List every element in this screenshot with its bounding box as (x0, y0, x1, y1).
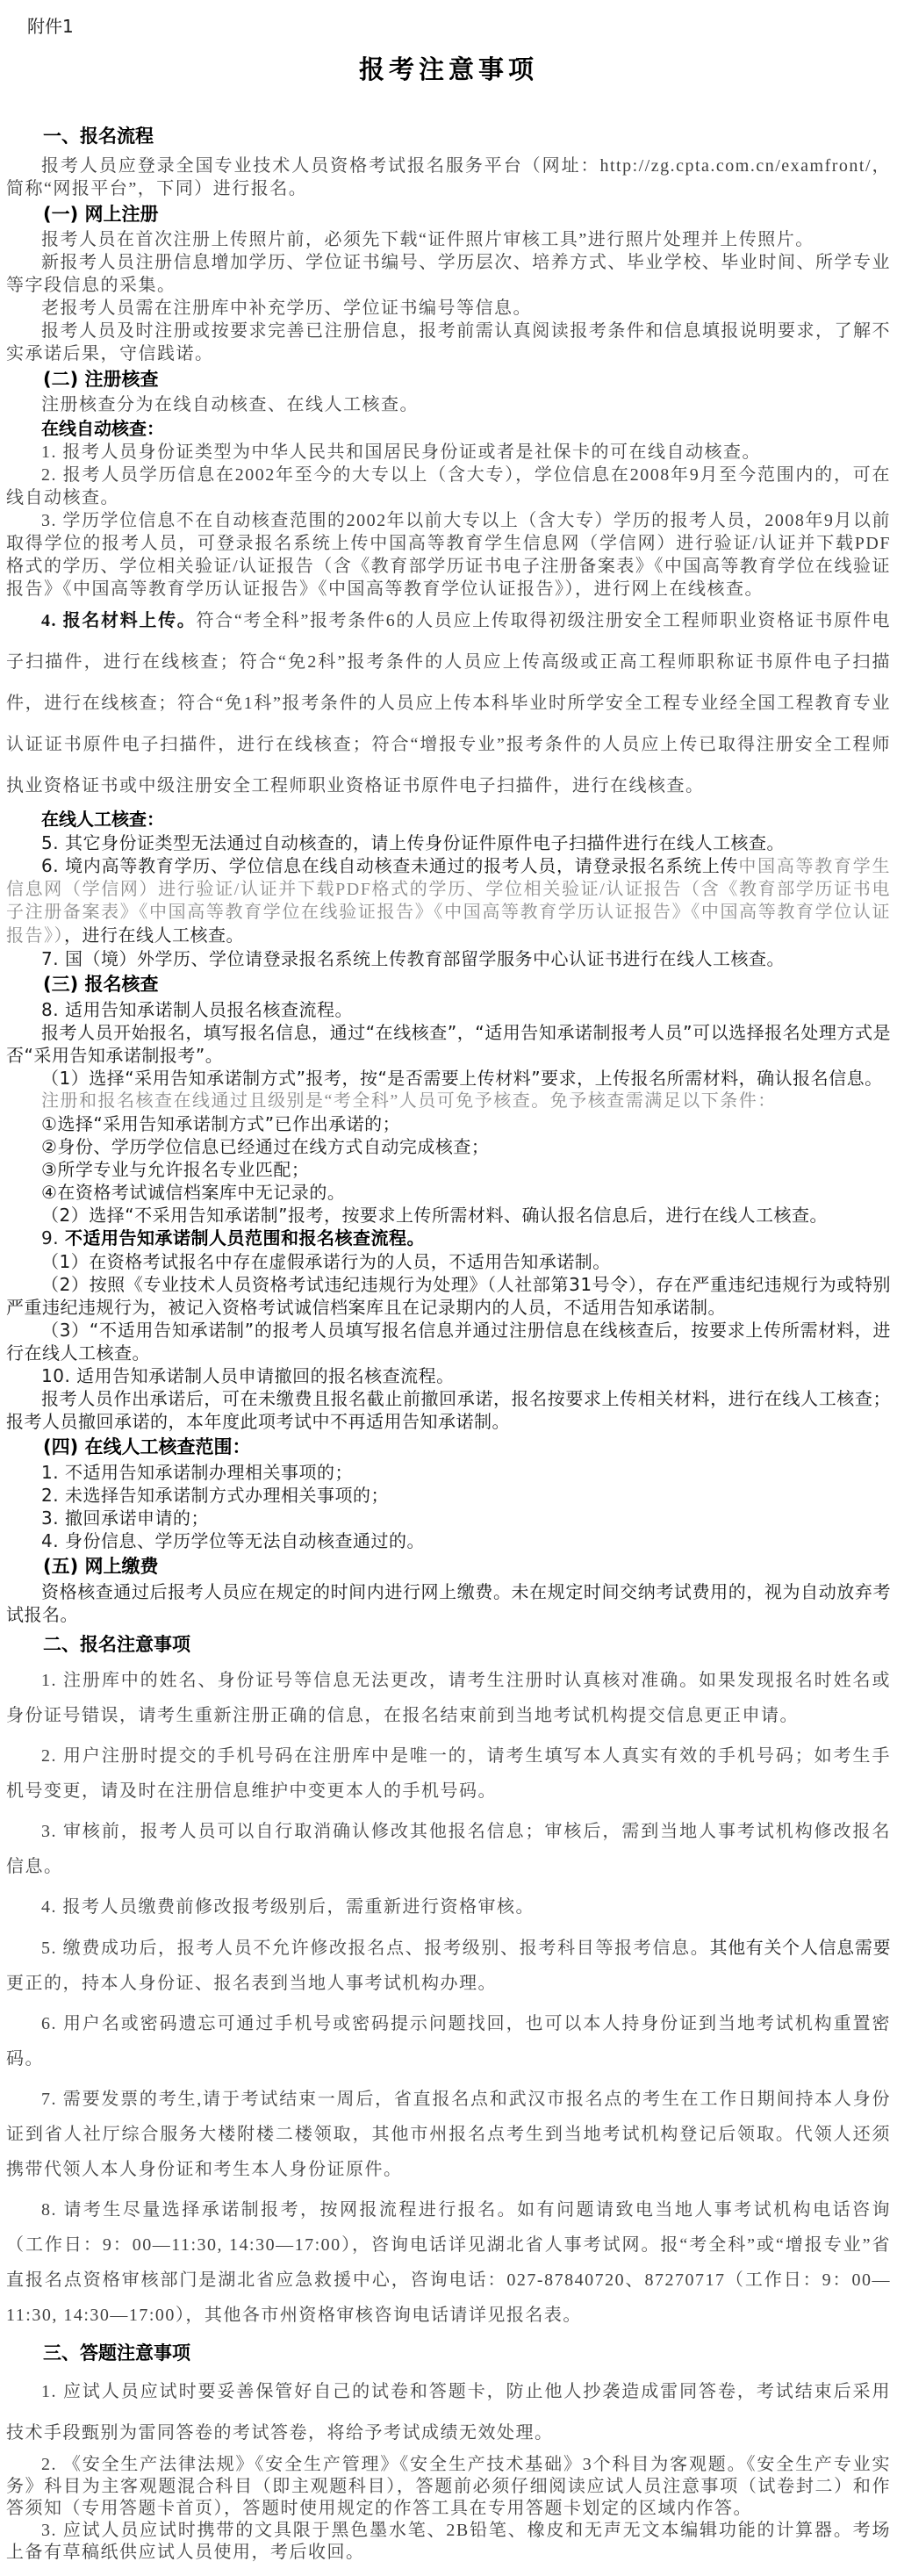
text-run: 2. 未选择告知承诺制方式办理相关事项的； (41, 1485, 389, 1506)
text-run: 5. 缴费成功后，报考人员不允许修改报名点、报考级别、报考科目等报考信息。 (41, 1939, 709, 1958)
list-item: 4. 报名材料上传。符合“考全科”报考条件6的人员应上传取得初级注册安全工程师职… (6, 601, 891, 807)
text-run: （1）在资格考试报名中存在虚假承诺行为的人员，不适用告知承诺制。 (41, 1251, 611, 1272)
text-run: 其他有关个人信息需要 (709, 1937, 891, 1958)
text-run: （2）选择“不采用告知承诺制”报考，按要求上传所需材料、确认报名信息后，进行在线… (41, 1205, 828, 1226)
list-item: ②身份、学历学位信息已经通过在线方式自动完成核查； (6, 1135, 891, 1158)
paragraph: 报考人员在首次注册上传照片前，必须先下载“证件照片审核工具”进行照片处理并上传照… (6, 228, 891, 251)
text-run: （2）按照《专业技术人员资格考试违纪违规行为处理》（人社部第31号令），存在严重… (6, 1274, 891, 1318)
paragraph: 老报考人员需在注册库中补充学历、学位证书编号等信息。 (6, 297, 891, 320)
list-item: （2）按照《专业技术人员资格考试违纪违规行为处理》（人社部第31号令），存在严重… (6, 1273, 891, 1319)
list-item: 2. 未选择告知承诺制方式办理相关事项的； (6, 1484, 891, 1507)
text-run: 3. 审核前，报考人员可以自行取消确认修改其他报名信息；审核后，需到当地人事考试… (6, 1822, 891, 1876)
paragraph: 报考人员作出承诺后，可在未缴费且报名截止前撤回承诺，报名按要求上传相关材料，进行… (6, 1387, 891, 1433)
text-run: (四) 在线人工核查范围： (43, 1436, 251, 1457)
list-item: 1. 应试人员应试时要妥善保管好自己的试卷和答题卡，防止他人抄袭造成雷同答卷，考… (6, 2371, 891, 2454)
list-item: 2. 报考人员学历信息在2002年至今的大专以上（含大专），学位信息在2008年… (6, 464, 891, 509)
text-run: 更正的，持本人身份证、报名表到当地人事考试机构办理。 (6, 1974, 497, 1993)
section-heading-3: 三、答题注意事项 (6, 2338, 891, 2368)
list-item: 6. 境内高等教育学历、学位信息在线自动核查未通过的报考人员，请登录报名系统上传… (6, 854, 891, 947)
text-run: 不适用告知承诺制人员范围和报名核查流程。 (65, 1227, 425, 1248)
text-run: 4. 报名材料上传。 (41, 611, 196, 630)
sub-heading-1-5: (五) 网上缴费 (6, 1553, 891, 1579)
list-item: 3. 学历学位信息不在自动核查范围的2002年以前大专以上（含大专）学历的报考人… (6, 509, 891, 601)
section-heading-1: 一、报名流程 (6, 121, 891, 151)
list-item: 5. 其它身份证类型无法通过自动核查的，请上传身份证件原件电子扫描件进行在线人工… (6, 831, 891, 854)
list-item: 10. 适用告知承诺制人员申请撤回的报名核查流程。 (6, 1364, 891, 1387)
text-run: （3）“不适用告知承诺制”的报考人员填写报名信息并通过注册信息在线核查后，按要求… (6, 1320, 891, 1364)
text-run: 2. 用户注册时提交的手机号码在注册库中是唯一的，请考生填写本人真实有效的手机号… (6, 1746, 891, 1801)
bold-label: 在线人工核查： (6, 807, 891, 831)
paragraph: 注册和报名核查在线通过且级别是“考全科”人员可免予核查。免予核查需满足以下条件： (6, 1090, 891, 1112)
list-item: 3. 应试人员应试时携带的文具限于黑色墨水笔、2B铅笔、橡皮和无声无文本编辑功能… (6, 2520, 891, 2564)
text-run: (三) 报名核查 (43, 974, 159, 995)
sub-heading-1-2: (二) 注册核查 (6, 366, 891, 392)
list-item: 9. 不适用告知承诺制人员范围和报名核查流程。 (6, 1227, 891, 1250)
text-run: ②身份、学历学位信息已经通过在线方式自动完成核查； (41, 1136, 489, 1157)
sub-heading-1-4: (四) 在线人工核查范围： (6, 1434, 891, 1460)
text-run: 4. 报考人员缴费前修改报考级别后，需重新进行资格审核。 (41, 1897, 535, 1917)
text-run: ③所学专业与允许报名专业匹配； (41, 1159, 309, 1180)
list-item: 6. 用户名或密码遗忘可通过手机号或密码提示问题找回，也可以本人持身份证到当地考… (6, 2006, 891, 2076)
list-item: （1）选择“采用告知承诺制方式”报考，按“是否需要上传材料”要求，上传报名所需材… (6, 1067, 891, 1090)
text-run: 一、报名流程 (43, 126, 154, 147)
text-run: 在线自动核查： (41, 418, 164, 439)
text-run: 9. (41, 1227, 65, 1248)
text-run: 3. 学历学位信息不在自动核查范围的2002年以前大专以上（含大专）学历的报考人… (6, 511, 891, 599)
text-run: 报考人员及时注册或按要求完善已注册信息，报考前需认真阅读报考条件和信息填报说明要… (6, 321, 891, 363)
text-run: 3. 撤回承诺申请的； (41, 1507, 209, 1529)
text-run: 3. 应试人员应试时携带的文具限于黑色墨水笔、2B铅笔、橡皮和无声无文本编辑功能… (6, 2521, 891, 2562)
list-item: 8. 适用告知承诺制人员报名核查流程。 (6, 998, 891, 1021)
text-run: ④在资格考试诚信档案库中无记录的。 (41, 1182, 345, 1203)
text-run: 报考人员应登录全国专业技术人员资格考试报名服务平台（网址：http://zg.c… (6, 156, 891, 198)
text-run: 符合“考全科”报考条件6的人员应上传取得初级注册安全工程师职业资格证书原件电子扫… (6, 611, 891, 795)
list-item: ①选择“采用告知承诺制方式”已作出承诺的； (6, 1112, 891, 1135)
text-run: （1）选择“采用告知承诺制方式”报考，按“是否需要上传材料”要求，上传报名所需材… (41, 1068, 883, 1089)
text-run: 老报考人员需在注册库中补充学历、学位证书编号等信息。 (41, 299, 532, 318)
page-title: 报考注意事项 (6, 50, 891, 86)
text-run: (二) 注册核查 (43, 369, 159, 390)
document-body: 一、报名流程报考人员应登录全国专业技术人员资格考试报名服务平台（网址：http:… (6, 121, 891, 2564)
list-item: 5. 缴费成功后，报考人员不允许修改报名点、报考级别、报考科目等报考信息。其他有… (6, 1930, 891, 2001)
text-run: 报考人员作出承诺后，可在未缴费且报名截止前撤回承诺，报名按要求上传相关材料，进行… (6, 1388, 891, 1432)
text-run: 注册和报名核查在线通过且级别是“考全科”人员可免予核查。免予核查需满足以下条件： (41, 1091, 777, 1111)
list-item: 7. 需要发票的考生,请于考试结束一周后，省直报名点和武汉市报名点的考生在工作日… (6, 2082, 891, 2187)
paragraph: 报考人员开始报名，填写报名信息，通过“在线核查”，“适用告知承诺制报考人员”可以… (6, 1021, 891, 1067)
text-run: 1. 不适用告知承诺制办理相关事项的； (41, 1462, 353, 1483)
text-run: 资格核查通过后报考人员应在规定的时间内进行网上缴费。未在规定时间交纳考试费用的，… (6, 1581, 891, 1625)
list-item: 3. 撤回承诺申请的； (6, 1507, 891, 1529)
list-item: ④在资格考试诚信档案库中无记录的。 (6, 1181, 891, 1204)
text-run: 1. 应试人员应试时要妥善保管好自己的试卷和答题卡，防止他人抄袭造成雷同答卷，考… (6, 2382, 891, 2443)
text-run: 6. 境内高等教育学历、学位信息在线自动核查未通过的报考人员，请登录报名系统上传 (41, 855, 738, 876)
text-run: 5. 其它身份证类型无法通过自动核查的，请上传身份证件原件电子扫描件进行在线人工… (41, 832, 785, 853)
list-item: 1. 注册库中的姓名、身份证号等信息无法更改，请考生注册时认真核对准确。如果发现… (6, 1663, 891, 1733)
sub-heading-1-3: (三) 报名核查 (6, 971, 891, 997)
list-item: 2. 《安全生产法律法规》《安全生产管理》《安全生产技术基础》3个科目为客观题。… (6, 2454, 891, 2520)
text-run: 10. 适用告知承诺制人员申请撤回的报名核查流程。 (41, 1365, 455, 1386)
list-item: 1. 不适用告知承诺制办理相关事项的； (6, 1461, 891, 1484)
text-run: 1. 报考人员身份证类型为中华人民共和国居民身份证或者是社保卡的可在线自动核查。 (41, 443, 761, 462)
list-item: 7. 国（境）外学历、学位请登录报名系统上传教育部留学服务中心认证书进行在线人工… (6, 947, 891, 970)
text-run: 报考人员在首次注册上传照片前，必须先下载“证件照片审核工具”进行照片处理并上传照… (41, 230, 814, 249)
section-heading-2: 二、报名注意事项 (6, 1630, 891, 1659)
sub-heading-1-1: (一) 网上注册 (6, 201, 891, 227)
text-run: 7. 国（境）外学历、学位请登录报名系统上传教育部留学服务中心认证书进行在线人工… (41, 948, 785, 969)
list-item: （2）选择“不采用告知承诺制”报考，按要求上传所需材料、确认报名信息后，进行在线… (6, 1204, 891, 1227)
text-run: 1. 注册库中的姓名、身份证号等信息无法更改，请考生注册时认真核对准确。如果发现… (6, 1671, 891, 1725)
text-run: 二、报名注意事项 (43, 1634, 190, 1655)
list-item: 1. 报考人员身份证类型为中华人民共和国居民身份证或者是社保卡的可在线自动核查。 (6, 441, 891, 464)
text-run: 注册核查分为在线自动核查、在线人工核查。 (41, 395, 419, 414)
text-run: (一) 网上注册 (43, 204, 159, 225)
attachment-label: 附件1 (27, 12, 891, 38)
list-item: ③所学专业与允许报名专业匹配； (6, 1158, 891, 1181)
text-run: 4. 身份信息、学历学位等无法自动核查通过的。 (41, 1530, 425, 1551)
text-run: 6. 用户名或密码遗忘可通过手机号或密码提示问题找回，也可以本人持身份证到当地考… (6, 2014, 891, 2069)
list-item: （3）“不适用告知承诺制”的报考人员填写报名信息并通过注册信息在线核查后，按要求… (6, 1319, 891, 1364)
text-run: 在线人工核查： (41, 809, 164, 830)
text-run: (五) 网上缴费 (43, 1556, 159, 1577)
list-item: 4. 报考人员缴费前修改报考级别后，需重新进行资格审核。 (6, 1889, 891, 1925)
bold-label: 在线自动核查： (6, 416, 891, 441)
document-page: 附件1 报考注意事项 一、报名流程报考人员应登录全国专业技术人员资格考试报名服务… (0, 0, 897, 2576)
text-run: 新报考人员注册信息增加学历、学位证书编号、学历层次、培养方式、毕业学校、毕业时间… (6, 253, 891, 295)
text-run: 2. 报考人员学历信息在2002年至今的大专以上（含大专），学位信息在2008年… (6, 465, 891, 507)
text-run: ①选择“采用告知承诺制方式”已作出承诺的； (41, 1113, 400, 1134)
list-item: （1）在资格考试报名中存在虚假承诺行为的人员，不适用告知承诺制。 (6, 1250, 891, 1273)
paragraph: 注册核查分为在线自动核查、在线人工核查。 (6, 393, 891, 416)
list-item: 3. 审核前，报考人员可以自行取消确认修改其他报名信息；审核后，需到当地人事考试… (6, 1814, 891, 1884)
paragraph: 报考人员及时注册或按要求完善已注册信息，报考前需认真阅读报考条件和信息填报说明要… (6, 320, 891, 365)
paragraph: 报考人员应登录全国专业技术人员资格考试报名服务平台（网址：http://zg.c… (6, 155, 891, 200)
paragraph: 新报考人员注册信息增加学历、学位证书编号、学历层次、培养方式、毕业学校、毕业时间… (6, 251, 891, 297)
list-item: 8. 请考生尽量选择承诺制报考，按网报流程进行报名。如有问题请致电当地人事考试机… (6, 2192, 891, 2333)
text-run: 三、答题注意事项 (43, 2342, 190, 2364)
text-run: 8. 适用告知承诺制人员报名核查流程。 (41, 999, 353, 1020)
text-run: 8. 请考生尽量选择承诺制报考，按网报流程进行报名。如有问题请致电当地人事考试机… (6, 2200, 891, 2325)
list-item: 4. 身份信息、学历学位等无法自动核查通过的。 (6, 1529, 891, 1552)
text-run: 报考人员开始报名，填写报名信息，通过“在线核查”，“适用告知承诺制报考人员”可以… (6, 1022, 891, 1066)
text-run: 7. 需要发票的考生,请于考试结束一周后，省直报名点和武汉市报名点的考生在工作日… (6, 2090, 891, 2179)
paragraph: 资格核查通过后报考人员应在规定的时间内进行网上缴费。未在规定时间交纳考试费用的，… (6, 1580, 891, 1626)
text-run: ，进行在线人工核查。 (64, 925, 244, 946)
text-run: 2. 《安全生产法律法规》《安全生产管理》《安全生产技术基础》3个科目为客观题。… (6, 2455, 891, 2518)
list-item: 2. 用户注册时提交的手机号码在注册库中是唯一的，请考生填写本人真实有效的手机号… (6, 1738, 891, 1809)
